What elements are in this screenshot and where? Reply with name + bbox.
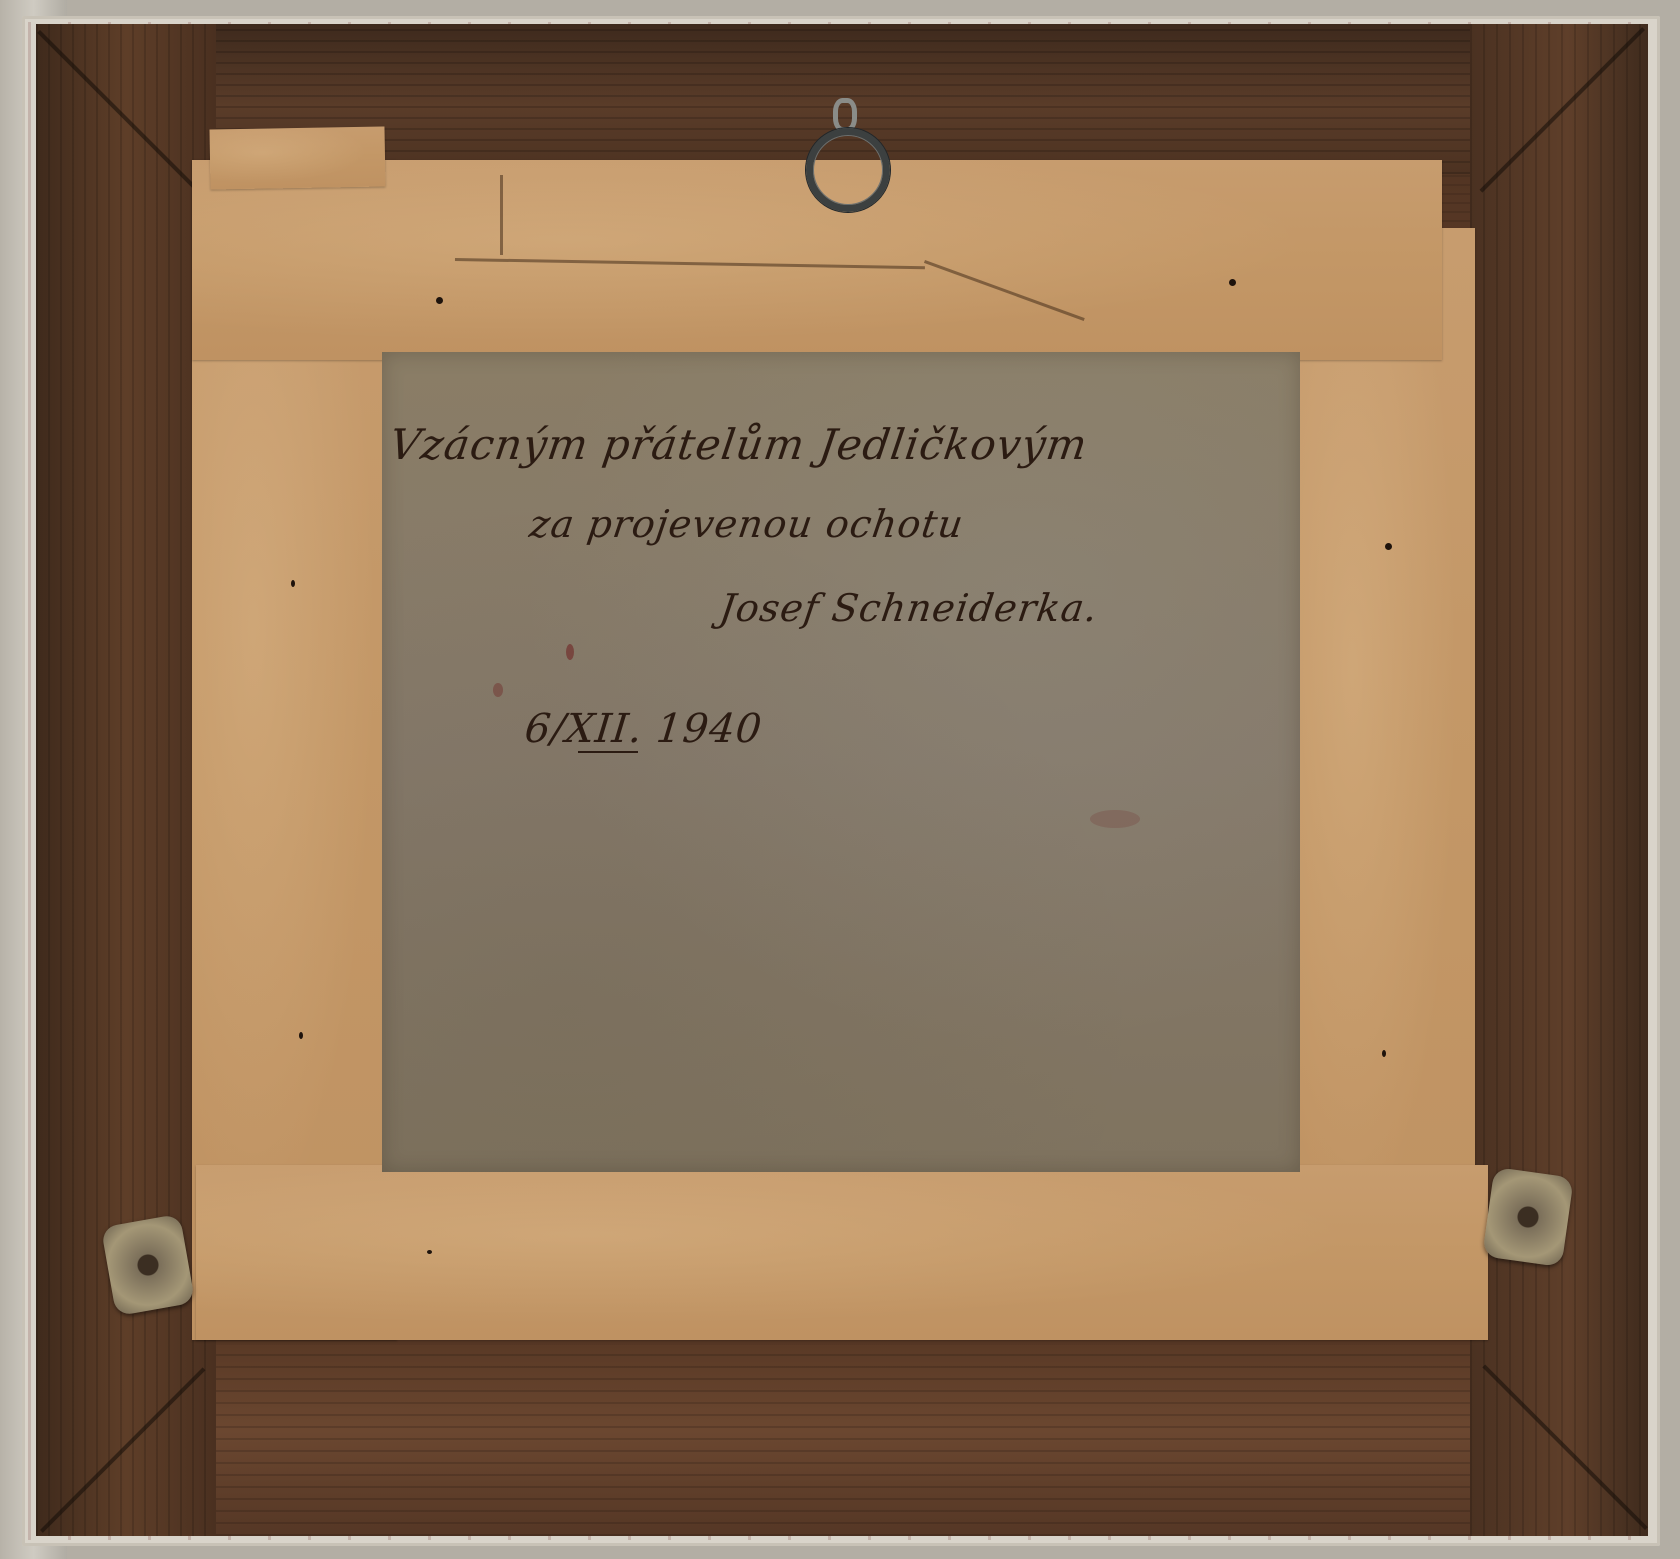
tape-tear-vertical (500, 175, 503, 255)
inscription-signature: Josef Schneiderka. (717, 586, 1101, 630)
nail-hole (291, 580, 295, 587)
nail-hole (1229, 279, 1236, 286)
nail-hole (299, 1032, 303, 1039)
nail-hole (1382, 1050, 1386, 1057)
wood-bottom-bar (36, 1345, 1648, 1536)
ink-stain (493, 683, 503, 697)
nail-hole (436, 297, 443, 304)
turn-clip-bottom-left-icon (101, 1214, 195, 1317)
inscription-line-2: za projevenou ochotu (527, 502, 967, 546)
turn-clip-bottom-right-icon (1482, 1167, 1574, 1267)
date-underline (578, 751, 638, 753)
inscription-date: 6/XII. 1940 (523, 706, 765, 752)
ink-stain (566, 644, 574, 660)
kraft-tape-bottom (196, 1165, 1488, 1340)
nail-hole (427, 1250, 432, 1254)
nail-hole (1385, 543, 1392, 550)
hanging-ring-icon (806, 128, 890, 212)
ring-eyelet (833, 98, 857, 132)
inscription-line-1: Vzácným přátelům Jedličkovým (387, 420, 1091, 469)
stain-mark (1090, 810, 1140, 828)
kraft-tape-top-flap (209, 126, 385, 189)
backing-paper (382, 352, 1300, 1172)
wood-right-bar (1470, 24, 1648, 1536)
